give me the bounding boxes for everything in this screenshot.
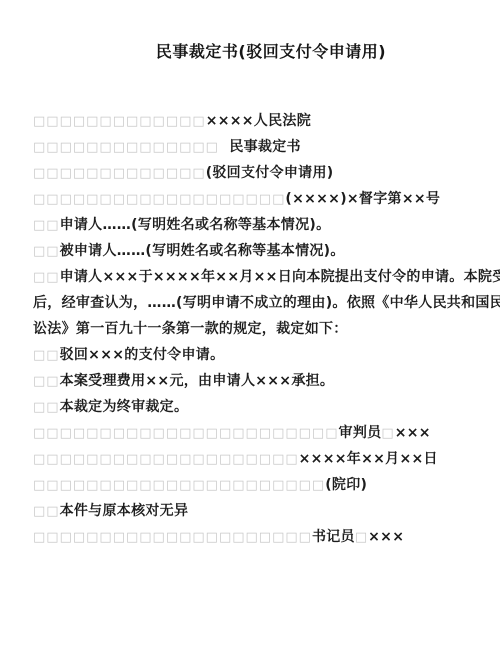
line-text: 驳回×××的支付令申请。 [60,347,225,363]
document-page: 民事裁定书(驳回支付令申请用) □□□□□□□□□□□□□××××人民法院□□□… [0,0,500,646]
placeholder-boxes: □□ [33,348,60,363]
placeholder-boxes: □□ [33,374,60,389]
document-line: □□□□□□□□□□□□□××××人民法院 [33,108,480,134]
line-text: (驳回支付令申请用) [206,165,334,181]
line-text: 审判员 [339,425,382,441]
placeholder-boxes: □□ [33,270,60,285]
line-text: (××××)×督字第××号 [285,191,440,207]
document-line: □□□□□□□□□□□□□□□□□□□□□□□审判员□××× [33,420,480,446]
line-text: 被申请人……(写明姓名或名称等基本情况)。 [60,243,345,259]
placeholder-boxes: □□□□□□□□□□□□□ [33,166,206,181]
placeholder-boxes: □□□□□□□□□□□□□□□□□□□ [33,192,285,207]
line-text: 本件与原本核对无异 [60,503,189,519]
line-text: (院印) [325,477,367,493]
placeholder-boxes: □□□□□□□□□□□□□□□□□□□□□ [33,530,312,545]
placeholder-boxes: □□ [33,244,60,259]
placeholder-boxes: □□ [33,400,60,415]
line-text: ××××人民法院 [206,113,311,129]
document-line: □□□□□□□□□□□□□□□□□□□□××××年××月××日 [33,446,480,472]
line-text: ××× [368,529,404,545]
document-line: □□本案受理费用××元，由申请人×××承担。 [33,368,480,394]
document-line: □□本裁定为终审裁定。 [33,394,480,420]
document-line: □□申请人……(写明姓名或名称等基本情况)。 [33,212,480,238]
document-body: □□□□□□□□□□□□□××××人民法院□□□□□□□□□□□□□□ 民事裁定… [0,108,500,550]
line-text: 后，经审查认为，……(写明申请不成立的理由)。依照《中华人民共和国民事诉 [33,295,500,311]
document-line: □□本件与原本核对无异 [33,498,480,524]
line-text: 申请人×××于××××年××月××日向本院提出支付令的申请。本院受理 [60,269,500,285]
document-line: □□□□□□□□□□□□□□ 民事裁定书 [33,134,480,160]
line-text: 本裁定为终审裁定。 [60,399,189,415]
document-line: □□□□□□□□□□□□□□□□□□□(××××)×督字第××号 [33,186,480,212]
placeholder-boxes: □□□□□□□□□□□□□□ [33,140,219,155]
document-line: □□□□□□□□□□□□□□□□□□□□□书记员□××× [33,524,480,550]
placeholder-boxes: □ [381,426,394,441]
line-text: 申请人……(写明姓名或名称等基本情况)。 [60,217,331,233]
line-text: 书记员 [312,529,355,545]
document-line: 讼法》第一百九十一条第一款的规定，裁定如下： [33,316,480,342]
line-text: 民事裁定书 [219,139,301,155]
placeholder-boxes: □□□□□□□□□□□□□□□□□□□□□□ [33,478,325,493]
document-line: □□□□□□□□□□□□□(驳回支付令申请用) [33,160,480,186]
line-text: 讼法》第一百九十一条第一款的规定，裁定如下： [33,321,348,337]
line-text: ××× [395,425,431,441]
placeholder-boxes: □□□□□□□□□□□□□□□□□□□□□□□ [33,426,339,441]
document-line: □□驳回×××的支付令申请。 [33,342,480,368]
document-line: □□申请人×××于××××年××月××日向本院提出支付令的申请。本院受理 [33,264,480,290]
placeholder-boxes: □□ [33,504,60,519]
document-line: □□被申请人……(写明姓名或名称等基本情况)。 [33,238,480,264]
document-title: 民事裁定书(驳回支付令申请用) [0,0,500,62]
placeholder-boxes: □ [355,530,368,545]
document-line: 后，经审查认为，……(写明申请不成立的理由)。依照《中华人民共和国民事诉 [33,290,480,316]
line-text: ××××年××月××日 [299,451,438,467]
line-text: 本案受理费用××元，由申请人×××承担。 [60,373,335,389]
document-line: □□□□□□□□□□□□□□□□□□□□□□(院印) [33,472,480,498]
placeholder-boxes: □□□□□□□□□□□□□□□□□□□□ [33,452,299,467]
placeholder-boxes: □□□□□□□□□□□□□ [33,114,206,129]
placeholder-boxes: □□ [33,218,60,233]
